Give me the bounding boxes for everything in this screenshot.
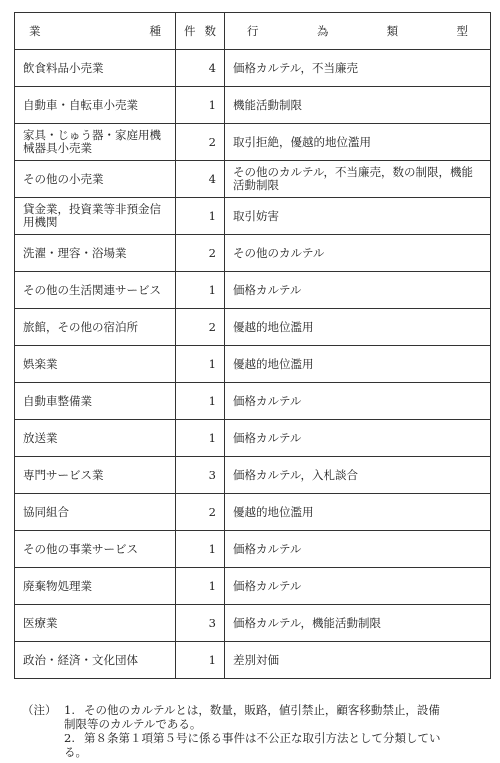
cell-conduct-type: その他のカルテル，不当廉売，数の制限，機能活動制限 [225, 161, 491, 198]
cell-industry: 政治・経済・文化団体 [15, 642, 176, 679]
cell-count: 2 [176, 309, 225, 346]
note-text: その他のカルテルとは，数量，販路，値引禁止，顧客移動禁止，設備 [84, 703, 492, 717]
cell-conduct-type: 機能活動制限 [225, 87, 491, 124]
cell-conduct-type: 優越的地位濫用 [225, 309, 491, 346]
cell-conduct-type: 価格カルテル，不当廉売 [225, 50, 491, 87]
table-row: その他の小売業4その他のカルテル，不当廉売，数の制限，機能活動制限 [15, 161, 491, 198]
cell-count: 1 [176, 346, 225, 383]
header-industry: 業 種 [15, 13, 176, 50]
cell-count: 2 [176, 494, 225, 531]
table-row: 政治・経済・文化団体1差別対価 [15, 642, 491, 679]
cell-industry: その他の事業サービス [15, 531, 176, 568]
table-row: 飲食料品小売業4価格カルテル，不当廉売 [15, 50, 491, 87]
note-text-continued: 制限等のカルテルである。 [22, 717, 492, 731]
cell-conduct-type: 価格カルテル [225, 568, 491, 605]
cell-industry: 専門サービス業 [15, 457, 176, 494]
table-row: 旅館，その他の宿泊所2優越的地位濫用 [15, 309, 491, 346]
note-text-continued: る。 [22, 745, 492, 759]
table-row: 放送業1価格カルテル [15, 420, 491, 457]
cell-count: 4 [176, 50, 225, 87]
cell-count: 2 [176, 235, 225, 272]
cell-industry: 自動車整備業 [15, 383, 176, 420]
notes-prefix: （注） [22, 703, 64, 717]
header-conduct-type: 行 為 類 型 [225, 13, 491, 50]
cell-count: 1 [176, 272, 225, 309]
table-row: 専門サービス業3価格カルテル，入札談合 [15, 457, 491, 494]
header-count: 件 数 [176, 13, 225, 50]
table-row: 自動車・自転車小売業1機能活動制限 [15, 87, 491, 124]
cell-count: 4 [176, 161, 225, 198]
cell-industry: 飲食料品小売業 [15, 50, 176, 87]
cell-count: 1 [176, 420, 225, 457]
cell-conduct-type: 取引拒絶，優越的地位濫用 [225, 124, 491, 161]
cell-conduct-type: 価格カルテル，入札談合 [225, 457, 491, 494]
cell-conduct-type: 取引妨害 [225, 198, 491, 235]
cell-conduct-type: その他のカルテル [225, 235, 491, 272]
cell-industry: 家具・じゅう器・家庭用機械器具小売業 [15, 124, 176, 161]
note-item: （注） 1. その他のカルテルとは，数量，販路，値引禁止，顧客移動禁止，設備 [22, 703, 492, 717]
table-row: 家具・じゅう器・家庭用機械器具小売業2取引拒絶，優越的地位濫用 [15, 124, 491, 161]
table-row: その他の生活関連サービス1価格カルテル [15, 272, 491, 309]
note-number: 1. [64, 703, 84, 717]
cell-count: 1 [176, 383, 225, 420]
cell-industry: 協同組合 [15, 494, 176, 531]
cell-industry: 娯楽業 [15, 346, 176, 383]
cell-industry: 旅館，その他の宿泊所 [15, 309, 176, 346]
cell-conduct-type: 価格カルテル [225, 420, 491, 457]
table-header-row: 業 種 件 数 行 為 類 型 [15, 13, 491, 50]
cell-count: 3 [176, 457, 225, 494]
table-row: 廃棄物処理業1価格カルテル [15, 568, 491, 605]
cell-count: 2 [176, 124, 225, 161]
cell-industry: その他の小売業 [15, 161, 176, 198]
note-item: 2. 第８条第１項第５号に係る事件は不公正な取引方法として分類してい [22, 731, 492, 745]
cell-conduct-type: 価格カルテル，機能活動制限 [225, 605, 491, 642]
cell-count: 1 [176, 531, 225, 568]
cell-conduct-type: 優越的地位濫用 [225, 346, 491, 383]
table-row: その他の事業サービス1価格カルテル [15, 531, 491, 568]
table-row: 貸金業，投資業等非預金信用機関1取引妨害 [15, 198, 491, 235]
note-number: 2. [64, 731, 84, 745]
cell-count: 1 [176, 198, 225, 235]
cell-conduct-type: 価格カルテル [225, 531, 491, 568]
table-row: 自動車整備業1価格カルテル [15, 383, 491, 420]
cell-conduct-type: 価格カルテル [225, 272, 491, 309]
cell-count: 1 [176, 642, 225, 679]
table-row: 洗濯・理容・浴場業2その他のカルテル [15, 235, 491, 272]
table-row: 娯楽業1優越的地位濫用 [15, 346, 491, 383]
cell-industry: その他の生活関連サービス [15, 272, 176, 309]
cell-industry: 洗濯・理容・浴場業 [15, 235, 176, 272]
table-body: 飲食料品小売業4価格カルテル，不当廉売自動車・自転車小売業1機能活動制限家具・じ… [15, 50, 491, 679]
cell-count: 3 [176, 605, 225, 642]
cell-count: 1 [176, 568, 225, 605]
table-row: 協同組合2優越的地位濫用 [15, 494, 491, 531]
cell-industry: 放送業 [15, 420, 176, 457]
notes-section: （注） 1. その他のカルテルとは，数量，販路，値引禁止，顧客移動禁止，設備 制… [22, 703, 492, 759]
cell-conduct-type: 差別対価 [225, 642, 491, 679]
cases-by-industry-table: 業 種 件 数 行 為 類 型 飲食料品小売業4価格カルテル，不当廉売自動車・自 [14, 12, 491, 679]
cell-industry: 廃棄物処理業 [15, 568, 176, 605]
cell-industry: 自動車・自転車小売業 [15, 87, 176, 124]
cell-conduct-type: 優越的地位濫用 [225, 494, 491, 531]
cell-count: 1 [176, 87, 225, 124]
table-row: 医療業3価格カルテル，機能活動制限 [15, 605, 491, 642]
cell-industry: 貸金業，投資業等非預金信用機関 [15, 198, 176, 235]
cell-industry: 医療業 [15, 605, 176, 642]
note-text: 第８条第１項第５号に係る事件は不公正な取引方法として分類してい [84, 731, 492, 745]
cell-conduct-type: 価格カルテル [225, 383, 491, 420]
